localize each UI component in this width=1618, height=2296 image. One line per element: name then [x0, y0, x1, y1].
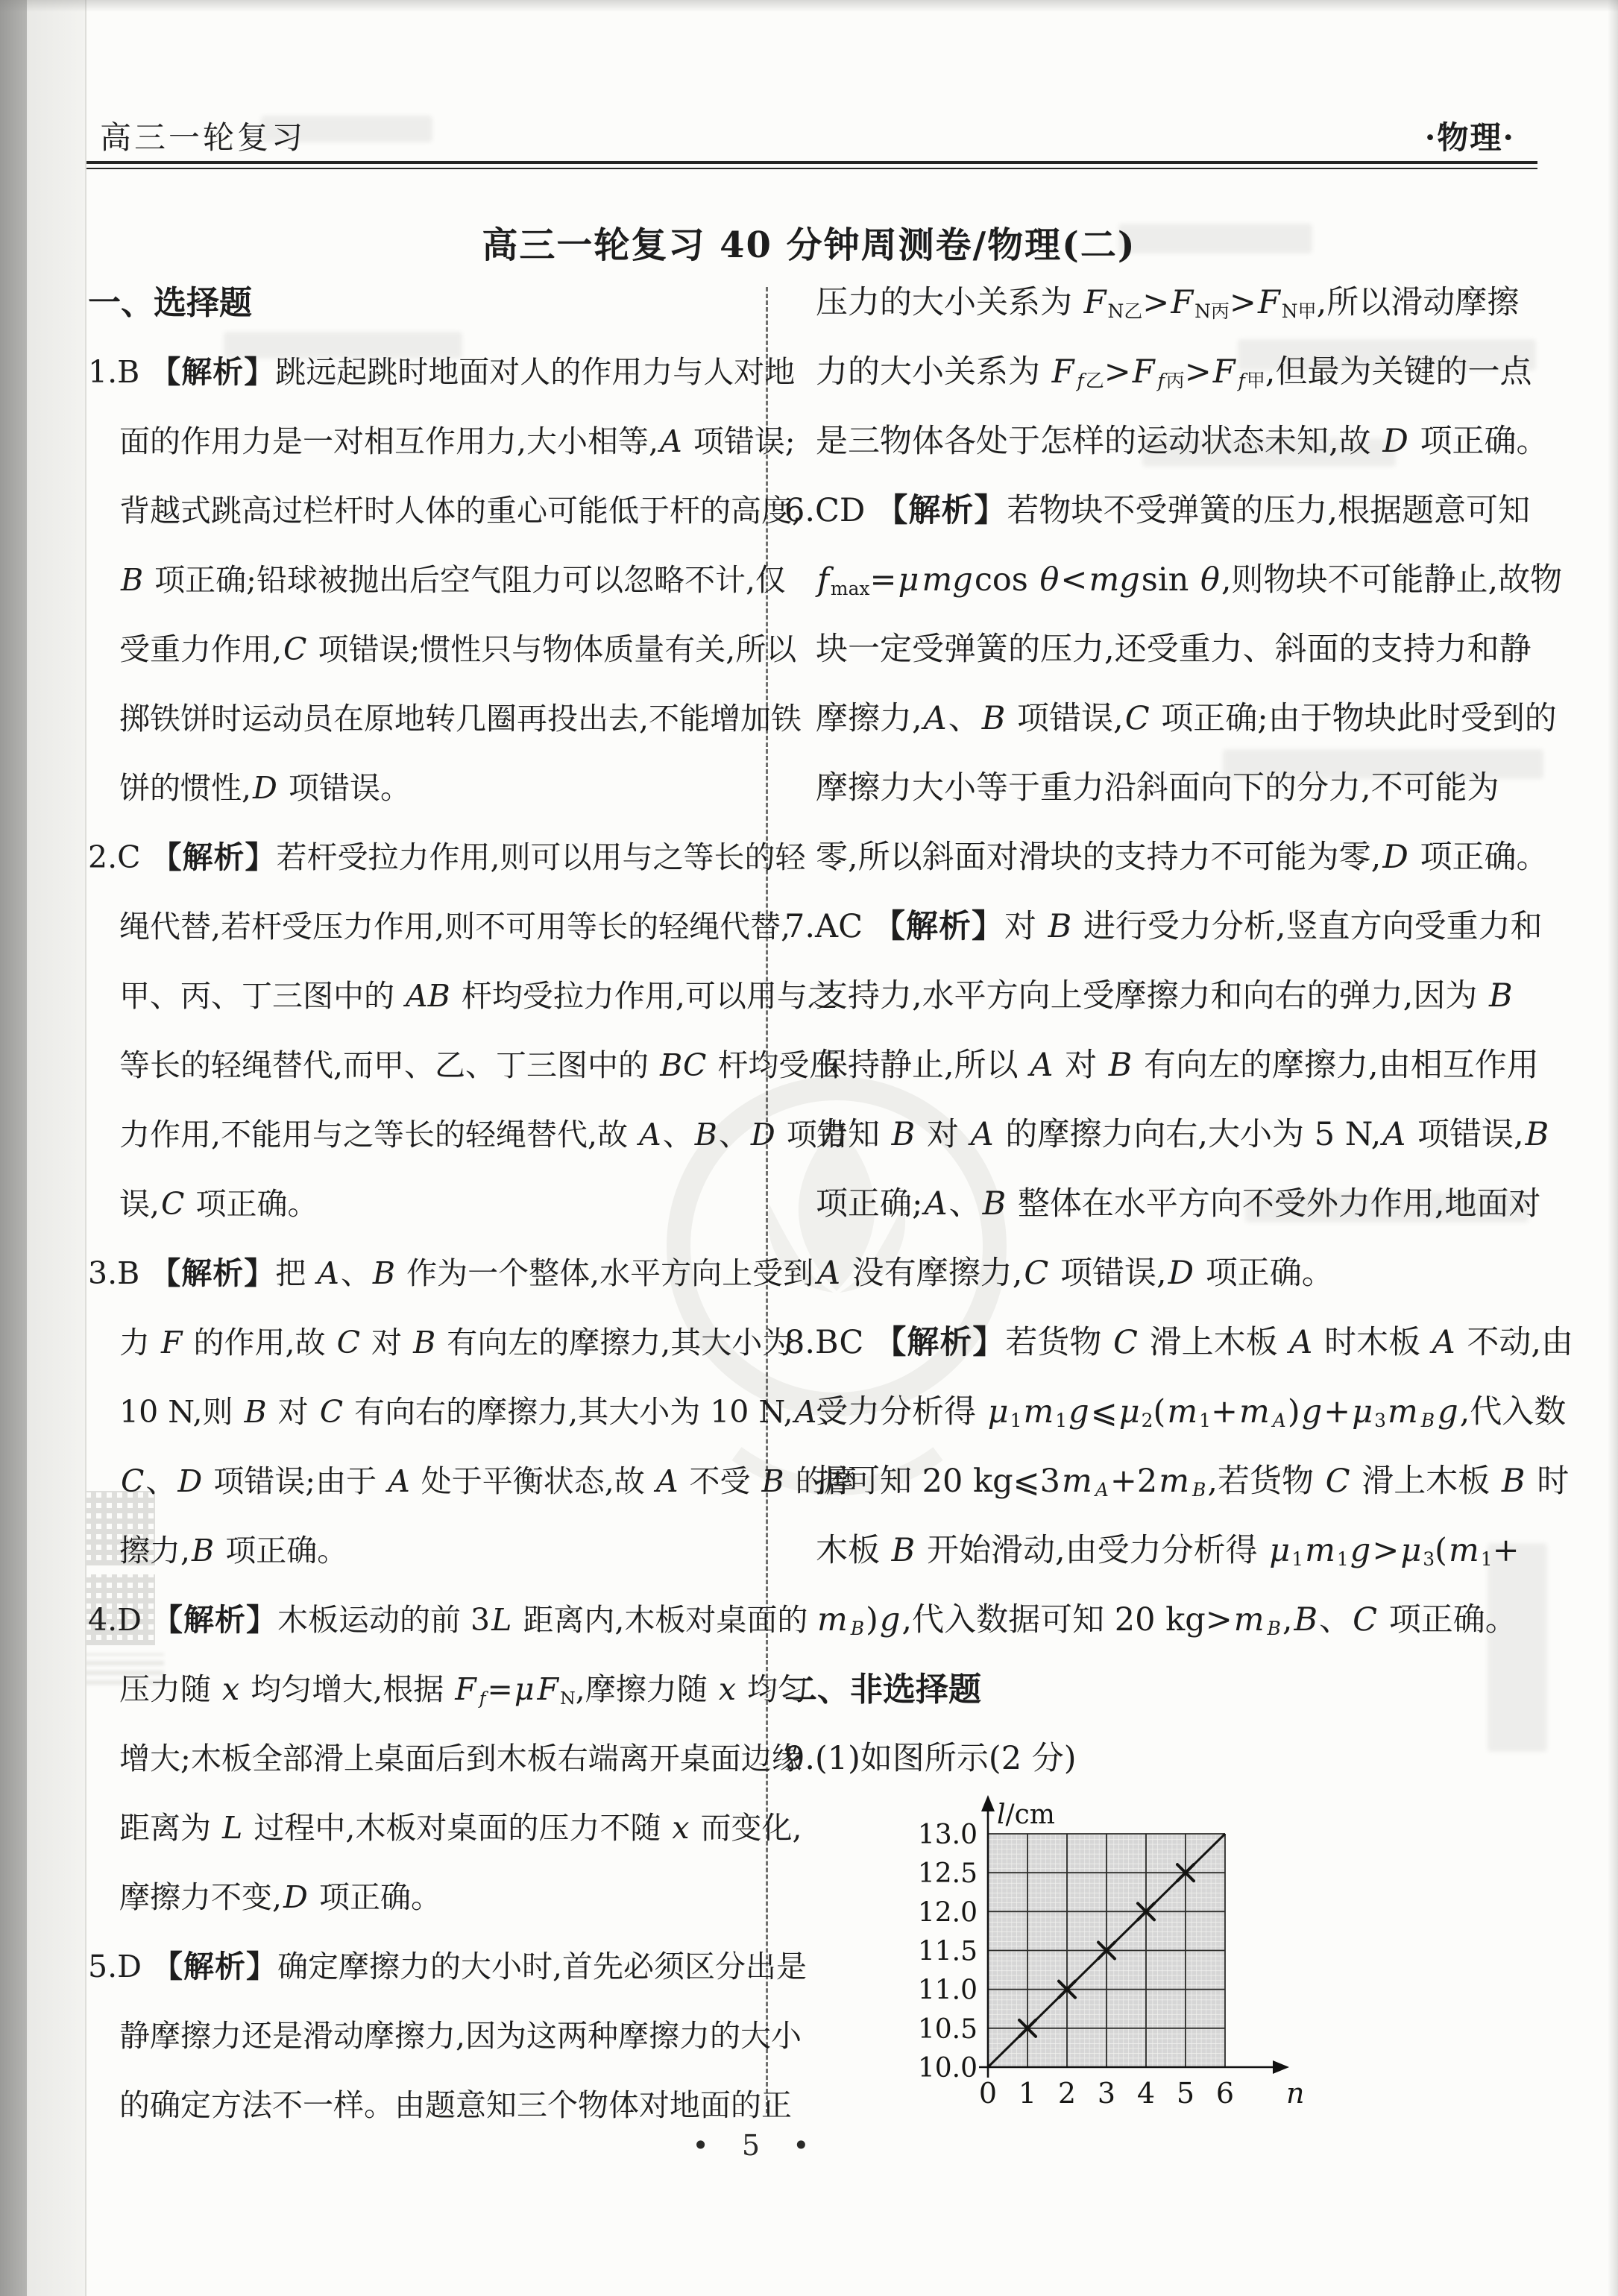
- header-subject-label: ·物理·: [1425, 113, 1515, 158]
- page-number: • 5 •: [675, 2129, 839, 2162]
- question-5-continuation: 压力的大小关系为 FN乙>FN丙>FN甲,所以滑动摩擦力的大小关系为 Ff乙>F…: [784, 268, 1530, 476]
- answer-line: 受力分析得 μ1m1g⩽μ2(m1+mA)g+μ3mBg,代入数: [784, 1378, 1530, 1447]
- svg-text:10.5: 10.5: [918, 2014, 978, 2045]
- scanned-answer-page: { "header": { "left": "高三一轮复习", "right":…: [0, 0, 1618, 2296]
- answer-line: 等长的轻绳替代,而甲、乙、丁三图中的 BC 杆均受压: [88, 1031, 763, 1100]
- answer-line: 压力随 x 均匀增大,根据 Ff=μFN,摩擦力随 x 均匀: [88, 1655, 763, 1724]
- right-column: 压力的大小关系为 FN乙>FN丙>FN甲,所以滑动摩擦力的大小关系为 Ff乙>F…: [784, 268, 1530, 1794]
- svg-text:2: 2: [1058, 2077, 1076, 2110]
- answer-line: 擦力,B 项正确。: [88, 1516, 763, 1586]
- y-axis-label: l/cm: [997, 1800, 1055, 1830]
- right-column-questions: 6.CD【解析】若物块不受弹簧的压力,根据题意可知fmax=μmgcos θ<m…: [784, 476, 1530, 1655]
- svg-text:4: 4: [1137, 2077, 1155, 2110]
- svg-text:11.0: 11.0: [918, 1975, 978, 2006]
- answer-line: 2.C【解析】若杆受拉力作用,则可以用与之等长的轻: [88, 823, 763, 892]
- question-3: 3.B【解析】把 A、B 作为一个整体,水平方向上受到力 F 的作用,故 C 对…: [88, 1239, 763, 1586]
- answer-line: 力作用,不能用与之等长的轻绳替代,故 A、B、D 项错: [88, 1100, 763, 1170]
- question-number-and-answer: 5.D: [88, 1949, 142, 1984]
- svg-text:12.5: 12.5: [918, 1858, 978, 1889]
- svg-text:1: 1: [1019, 2077, 1036, 2110]
- answer-line: 甲、丙、丁三图中的 AB 杆均受拉力作用,可以用与之: [88, 962, 763, 1031]
- header-double-rule: [82, 161, 1537, 169]
- continuation-line: 力的大小关系为 Ff乙>Ff丙>Ff甲,但最为关键的一点: [784, 338, 1530, 407]
- answer-line: 饼的惯性,D 项错误。: [88, 754, 763, 823]
- answer-line: 掷铁饼时运动员在原地转几圈再投出去,不能增加铁: [88, 684, 763, 754]
- question-number-and-answer: 7.AC: [784, 908, 863, 945]
- question-4: 4.D【解析】木板运动的前 3L 距离内,木板对桌面的压力随 x 均匀增大,根据…: [88, 1586, 763, 1932]
- left-column-questions: 1.B【解析】跳远起跳时地面对人的作用力与人对地面的作用力是一对相互作用力,大小…: [88, 338, 763, 2140]
- question-9-answer: 9.(1)如图所示(2 分): [784, 1724, 1530, 1794]
- answer-line: 7.AC【解析】对 B 进行受力分析,竖直方向受重力和: [784, 892, 1530, 962]
- header-course-label: 高三一轮复习: [100, 113, 306, 158]
- answer-line: 6.CD【解析】若物块不受弹簧的压力,根据题意可知: [784, 476, 1530, 546]
- continuation-line: 压力的大小关系为 FN乙>FN丙>FN甲,所以滑动摩擦: [784, 268, 1530, 338]
- answer-line: 受重力作用,C 项错误;惯性只与物体质量有关,所以: [88, 615, 763, 684]
- header-double-rule-inner: [82, 168, 1537, 169]
- answer-line: 零,所以斜面对滑块的支持力不可能为零,D 项正确。: [784, 823, 1530, 892]
- answer-line: 保持静止,所以 A 对 B 有向左的摩擦力,由相互作用: [784, 1031, 1530, 1100]
- svg-text:5: 5: [1177, 2077, 1194, 2110]
- exam-title: 高三一轮复习 40 分钟周测卷/物理(二): [0, 216, 1618, 268]
- answer-line: 木板 B 开始滑动,由受力分析得 μ1m1g>μ3(m1+: [784, 1516, 1530, 1586]
- answer-line: 误,C 项正确。: [88, 1170, 763, 1239]
- svg-text:3: 3: [1098, 2077, 1115, 2110]
- svg-text:11.5: 11.5: [918, 1937, 978, 1967]
- question-number-and-answer: 1.B: [88, 354, 139, 390]
- scan-edge-top: [0, 0, 1618, 12]
- question-number-and-answer: 8.BC: [784, 1324, 863, 1361]
- question-9-line: 9.(1)如图所示(2 分): [784, 1724, 1530, 1794]
- spring-length-vs-n-chart: 10.010.511.011.512.012.513.00123456l/cmn: [895, 1791, 1320, 2208]
- answer-line: 摩擦力,A、B 项错误,C 项正确;由于物块此时受到的: [784, 684, 1530, 754]
- x-axis-label: n: [1286, 2077, 1304, 2110]
- answer-line: 3.B【解析】把 A、B 作为一个整体,水平方向上受到: [88, 1239, 763, 1308]
- question-number-and-answer: 2.C: [88, 839, 141, 875]
- answer-line: 增大;木板全部滑上桌面后到木板右端离开桌面边缘: [88, 1724, 763, 1794]
- answer-line: 据可知 20 kg⩽3mA+2mB,若货物 C 滑上木板 B 时: [784, 1447, 1530, 1516]
- answer-line: 1.B【解析】跳远起跳时地面对人的作用力与人对地: [88, 338, 763, 407]
- answer-line: 5.D【解析】确定摩擦力的大小时,首先必须区分出是: [88, 1932, 763, 2002]
- answer-line: 绳代替,若杆受压力作用,则不可用等长的轻绳代替,: [88, 892, 763, 962]
- question-1: 1.B【解析】跳远起跳时地面对人的作用力与人对地面的作用力是一对相互作用力,大小…: [88, 338, 763, 823]
- scan-edge-right: [1608, 0, 1618, 2296]
- answer-line: B 项正确;铅球被抛出后空气阻力可以忽略不计,仅: [88, 546, 763, 615]
- section-heading-non-choice: 二、非选择题: [784, 1655, 1530, 1724]
- answer-line: 摩擦力大小等于重力沿斜面向下的分力,不可能为: [784, 754, 1530, 823]
- answer-line: 8.BC【解析】若货物 C 滑上木板 A 时木板 A 不动,由: [784, 1308, 1530, 1378]
- svg-text:12.0: 12.0: [918, 1897, 978, 1928]
- answer-line: 摩擦力不变,D 项正确。: [88, 1863, 763, 1932]
- answer-line: A 没有摩擦力,C 项错误,D 项正确。: [784, 1239, 1530, 1308]
- question-5: 5.D【解析】确定摩擦力的大小时,首先必须区分出是静摩擦力还是滑动摩擦力,因为这…: [88, 1932, 763, 2140]
- answer-line: mB)g,代入数据可知 20 kg>mB,B、C 项正确。: [784, 1586, 1530, 1655]
- answer-line: 块一定受弹簧的压力,还受重力、斜面的支持力和静: [784, 615, 1530, 684]
- answer-line: C、D 项错误;由于 A 处于平衡状态,故 A 不受 B 的摩: [88, 1447, 763, 1516]
- svg-text:6: 6: [1216, 2077, 1234, 2110]
- section-heading-multiple-choice: 一、选择题: [88, 268, 763, 338]
- question-2: 2.C【解析】若杆受拉力作用,则可以用与之等长的轻绳代替,若杆受压力作用,则不可…: [88, 823, 763, 1239]
- question-number-and-answer: 6.CD: [784, 492, 865, 529]
- answer-line: 力知 B 对 A 的摩擦力向右,大小为 5 N,A 项错误,B: [784, 1100, 1530, 1170]
- svg-text:10.0: 10.0: [918, 2053, 978, 2084]
- answer-line: 静摩擦力还是滑动摩擦力,因为这两种摩擦力的大小: [88, 2002, 763, 2071]
- answer-line: 面的作用力是一对相互作用力,大小相等,A 项错误;: [88, 407, 763, 476]
- question-number-and-answer: 3.B: [88, 1255, 139, 1291]
- paper-edge-strip: [27, 0, 86, 2296]
- answer-line: 的确定方法不一样。由题意知三个物体对地面的正: [88, 2071, 763, 2140]
- scan-edge-left: [0, 0, 27, 2296]
- answer-line: 背越式跳高过栏杆时人体的重心可能低于杆的高度,: [88, 476, 763, 546]
- left-column: 一、选择题 1.B【解析】跳远起跳时地面对人的作用力与人对地面的作用力是一对相互…: [88, 268, 763, 2140]
- question-6: 6.CD【解析】若物块不受弹簧的压力,根据题意可知fmax=μmgcos θ<m…: [784, 476, 1530, 892]
- chart-svg: 10.010.511.011.512.012.513.00123456l/cmn: [895, 1791, 1320, 2208]
- answer-line: fmax=μmgcos θ<mgsin θ,则物块不可能静止,故物: [784, 546, 1530, 615]
- answer-line: 力 F 的作用,故 C 对 B 有向左的摩擦力,其大小为: [88, 1308, 763, 1378]
- answer-line: 4.D【解析】木板运动的前 3L 距离内,木板对桌面的: [88, 1586, 763, 1655]
- answer-line: 支持力,水平方向上受摩擦力和向右的弹力,因为 B: [784, 962, 1530, 1031]
- question-number-and-answer: 4.D: [88, 1602, 142, 1638]
- svg-text:13.0: 13.0: [918, 1820, 978, 1850]
- answer-line: 10 N,则 B 对 C 有向右的摩擦力,其大小为 10 N,A、: [88, 1378, 763, 1447]
- answer-line: 项正确;A、B 整体在水平方向不受外力作用,地面对: [784, 1170, 1530, 1239]
- question-7: 7.AC【解析】对 B 进行受力分析,竖直方向受重力和支持力,水平方向上受摩擦力…: [784, 892, 1530, 1308]
- svg-text:0: 0: [979, 2077, 997, 2110]
- question-8: 8.BC【解析】若货物 C 滑上木板 A 时木板 A 不动,由受力分析得 μ1m…: [784, 1308, 1530, 1655]
- answer-line: 距离为 L 过程中,木板对桌面的压力不随 x 而变化,: [88, 1794, 763, 1863]
- continuation-line: 是三物体各处于怎样的运动状态未知,故 D 项正确。: [784, 407, 1530, 476]
- page-header: 高三一轮复习 ·物理·: [97, 113, 1521, 155]
